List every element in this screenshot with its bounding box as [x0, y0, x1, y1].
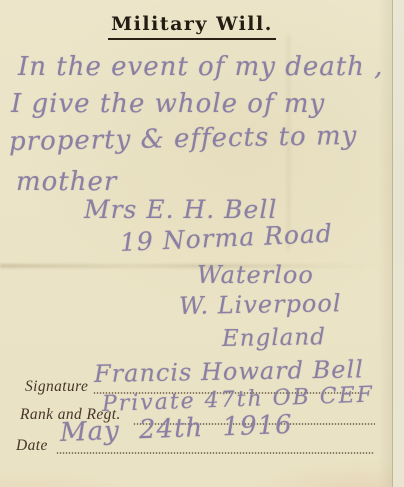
- signature-field-label: Signature: [25, 378, 88, 396]
- handwritten-body-line-3: property & effects to my: [9, 121, 358, 157]
- beneficiary-address-country: England: [222, 324, 326, 352]
- date-field-label: Date: [16, 437, 48, 455]
- document-header: Military Will.: [0, 13, 384, 40]
- date-field-line: [56, 452, 374, 454]
- horizontal-fold-crease: [0, 264, 382, 268]
- document-title: Military Will.: [108, 13, 276, 40]
- military-will-document: Military Will. In the event of my death …: [0, 0, 404, 487]
- beneficiary-address-city: W. Liverpool: [179, 289, 342, 320]
- handwritten-body-line-2: I give the whole of my: [11, 89, 325, 119]
- beneficiary-name: Mrs E. H. Bell: [84, 195, 277, 224]
- page-right-edge: [392, 0, 404, 487]
- beneficiary-address-street: 19 Norma Road: [119, 219, 333, 257]
- handwritten-body-line-4: mother: [16, 167, 117, 197]
- handwritten-body-line-1: In the event of my death ,: [18, 52, 383, 82]
- signature-field-value: Francis Howard Bell: [94, 355, 364, 388]
- beneficiary-address-town: Waterloo: [197, 261, 314, 289]
